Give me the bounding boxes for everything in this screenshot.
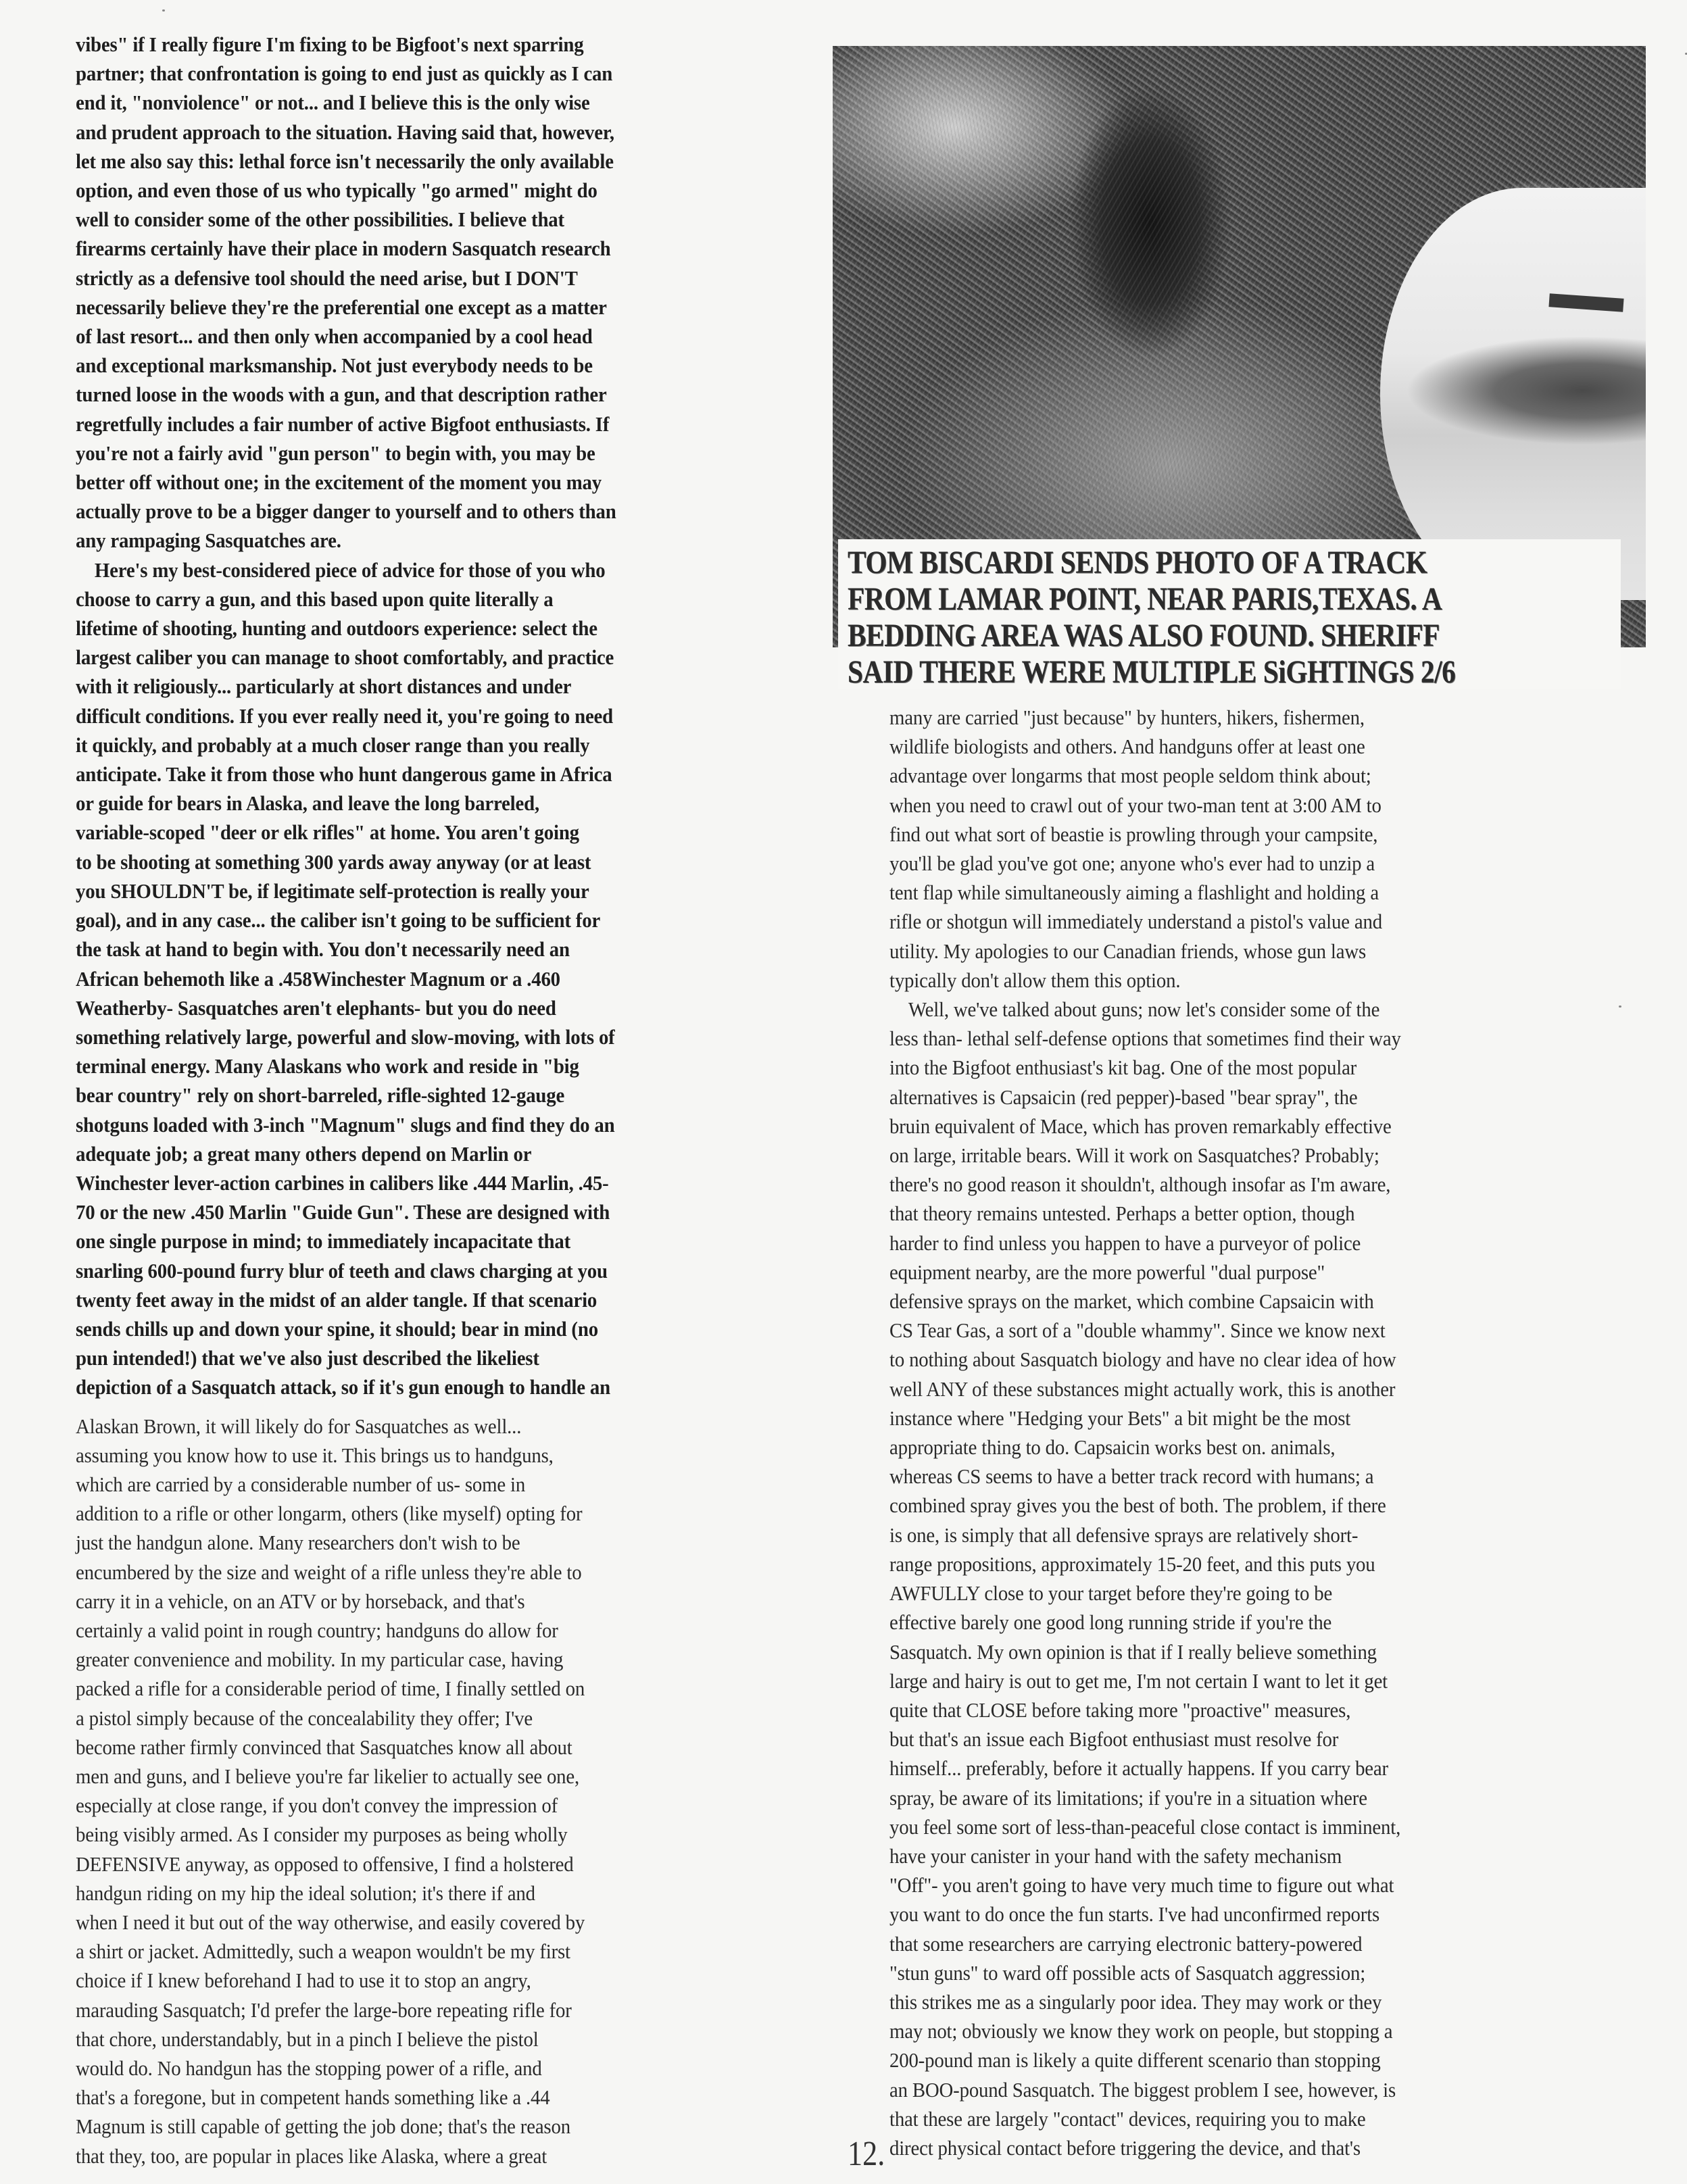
text-line: equipment nearby, are the more powerful … xyxy=(889,1258,1568,1287)
text-line: with it religiously... particularly at s… xyxy=(76,672,742,701)
text-line: packed a rifle for a considerable period… xyxy=(76,1674,742,1703)
text-line: "Off"- you aren't going to have very muc… xyxy=(889,1870,1568,1900)
text-line: that theory remains untested. Perhaps a … xyxy=(889,1199,1568,1228)
text-line: goal), and in any case... the caliber is… xyxy=(76,905,742,935)
text-line: range propositions, approximately 15-20 … xyxy=(889,1549,1568,1579)
text-line: 200-pound man is likely a quite differen… xyxy=(889,2045,1568,2075)
text-line: which are carried by a considerable numb… xyxy=(76,1470,742,1499)
text-line: well ANY of these substances might actua… xyxy=(889,1374,1568,1404)
caption-line: BEDDING AREA WAS ALSO FOUND. SHERIFF xyxy=(848,618,1507,654)
text-line: something relatively large, powerful and… xyxy=(76,1022,742,1051)
text-line: you feel some sort of less-than-peaceful… xyxy=(889,1812,1568,1841)
text-line: but that's an issue each Bigfoot enthusi… xyxy=(889,1724,1568,1754)
text-line: that's a foregone, but in competent hand… xyxy=(76,2083,742,2112)
scan-speck xyxy=(162,9,165,11)
text-line: a shirt or jacket. Admittedly, such a we… xyxy=(76,1937,742,1966)
text-line: to nothing about Sasquatch biology and h… xyxy=(889,1345,1568,1374)
caption-line: SAID THERE WERE MULTIPLE SiGHTINGS 2/6 xyxy=(848,654,1507,691)
text-line: necessarily believe they're the preferen… xyxy=(76,293,742,322)
text-line: regretfully includes a fair number of ac… xyxy=(76,409,742,439)
text-line: sends chills up and down your spine, it … xyxy=(76,1314,742,1343)
text-line: assuming you know how to use it. This br… xyxy=(76,1441,742,1470)
text-line: tent flap while simultaneously aiming a … xyxy=(889,878,1568,907)
left-article-column: vibes" if I really figure I'm fixing to … xyxy=(76,30,792,2170)
column-gap xyxy=(76,1402,792,1412)
text-line: of last resort... and then only when acc… xyxy=(76,322,742,351)
text-line: CS Tear Gas, a sort of a "double whammy"… xyxy=(889,1316,1568,1345)
text-line: instance where "Hedging your Bets" a bit… xyxy=(889,1404,1568,1433)
text-line: rifle or shotgun will immediately unders… xyxy=(889,907,1568,936)
text-line: may not; obviously we know they work on … xyxy=(889,2016,1568,2045)
text-line: actually prove to be a bigger danger to … xyxy=(76,497,742,526)
text-line: and prudent approach to the situation. H… xyxy=(76,118,742,147)
text-line: that they, too, are popular in places li… xyxy=(76,2141,742,2170)
magazine-page: vibes" if I really figure I'm fixing to … xyxy=(0,0,1687,2184)
text-line: an BOO-pound Sasquatch. The biggest prob… xyxy=(889,2075,1568,2104)
text-line: addition to a rifle or other longarm, ot… xyxy=(76,1499,742,1528)
text-line: you'll be glad you've got one; anyone wh… xyxy=(889,849,1568,878)
text-line: just the handgun alone. Many researchers… xyxy=(76,1528,742,1557)
text-line: one single purpose in mind; to immediate… xyxy=(76,1226,742,1256)
text-line: that chore, understandably, but in a pin… xyxy=(76,2025,742,2054)
text-line: lifetime of shooting, hunting and outdoo… xyxy=(76,614,742,643)
text-line: to be shooting at something 300 yards aw… xyxy=(76,847,742,876)
text-line: strictly as a defensive tool should the … xyxy=(76,264,742,293)
text-line: is one, is simply that all defensive spr… xyxy=(889,1520,1568,1549)
text-line: better off without one; in the excitemen… xyxy=(76,468,742,497)
text-line: the task at hand to begin with. You don'… xyxy=(76,935,742,964)
text-line: largest caliber you can manage to shoot … xyxy=(76,643,742,672)
page-number: 12. xyxy=(848,2134,885,2174)
text-line: "stun guns" to ward off possible acts of… xyxy=(889,1958,1568,1987)
text-line: anticipate. Take it from those who hunt … xyxy=(76,760,742,789)
text-line: wildlife biologists and others. And hand… xyxy=(889,732,1568,761)
text-line: Weatherby- Sasquatches aren't elephants-… xyxy=(76,993,742,1022)
text-line: end it, "nonviolence" or not... and I be… xyxy=(76,88,742,117)
text-line: men and guns, and I believe you're far l… xyxy=(76,1762,742,1791)
paragraph-start-line: Well, we've talked about guns; now let's… xyxy=(889,995,1568,1024)
text-line: certainly a valid point in rough country… xyxy=(76,1616,742,1645)
text-line: especially at close range, if you don't … xyxy=(76,1791,742,1820)
text-line: being visibly armed. As I consider my pu… xyxy=(76,1820,742,1849)
text-line: alternatives is Capsaicin (red pepper)-b… xyxy=(889,1083,1568,1112)
text-line: when you need to crawl out of your two-m… xyxy=(889,791,1568,820)
text-line: Alaskan Brown, it will likely do for Sas… xyxy=(76,1412,742,1441)
text-line: that these are largely "contact" devices… xyxy=(889,2104,1568,2133)
text-line: find out what sort of beastie is prowlin… xyxy=(889,820,1568,849)
text-line: turned loose in the woods with a gun, an… xyxy=(76,380,742,409)
text-line: become rather firmly convinced that Sasq… xyxy=(76,1733,742,1762)
text-line: AWFULLY close to your target before they… xyxy=(889,1579,1568,1608)
text-line: let me also say this: lethal force isn't… xyxy=(76,147,742,176)
text-line: when I need it but out of the way otherw… xyxy=(76,1908,742,1937)
text-line: defensive sprays on the market, which co… xyxy=(889,1287,1568,1316)
text-line: typically don't allow them this option. xyxy=(889,966,1568,995)
text-line: 70 or the new .450 Marlin "Guide Gun". T… xyxy=(76,1197,742,1226)
text-line: there's no good reason it shouldn't, alt… xyxy=(889,1170,1568,1199)
text-line: handgun riding on my hip the ideal solut… xyxy=(76,1879,742,1908)
text-line: that some researchers are carrying elect… xyxy=(889,1929,1568,1958)
text-line: bear country" rely on short-barreled, ri… xyxy=(76,1081,742,1110)
text-line: vibes" if I really figure I'm fixing to … xyxy=(76,30,742,59)
caption-line: TOM BISCARDI SENDS PHOTO OF A TRACK xyxy=(848,545,1507,581)
text-line: large and hairy is out to get me, I'm no… xyxy=(889,1666,1568,1695)
text-line: Magnum is still capable of getting the j… xyxy=(76,2112,742,2141)
text-line: and exceptional marksmanship. Not just e… xyxy=(76,351,742,380)
text-line: it quickly, and probably at a much close… xyxy=(76,730,742,760)
text-line: direct physical contact before triggerin… xyxy=(889,2133,1568,2162)
text-line: adequate job; a great many others depend… xyxy=(76,1139,742,1168)
text-line: carry it in a vehicle, on an ATV or by h… xyxy=(76,1587,742,1616)
text-line: pun intended!) that we've also just desc… xyxy=(76,1343,742,1372)
text-line: harder to find unless you happen to have… xyxy=(889,1228,1568,1258)
text-line: spray, be aware of its limitations; if y… xyxy=(889,1783,1568,1812)
text-line: well to consider some of the other possi… xyxy=(76,205,742,234)
caption-line: FROM LAMAR POINT, NEAR PARIS,TEXAS. A xyxy=(848,581,1507,618)
text-line: himself... preferably, before it actuall… xyxy=(889,1754,1568,1783)
scan-speck xyxy=(1619,1006,1621,1008)
text-line: a pistol simply because of the concealab… xyxy=(76,1704,742,1733)
text-line: less than- lethal self-defense options t… xyxy=(889,1024,1568,1053)
text-line: partner; that confrontation is going to … xyxy=(76,59,742,88)
text-line: appropriate thing to do. Capsaicin works… xyxy=(889,1433,1568,1462)
text-line: twenty feet away in the midst of an alde… xyxy=(76,1285,742,1314)
text-line: utility. My apologies to our Canadian fr… xyxy=(889,937,1568,966)
text-line: any rampaging Sasquatches are. xyxy=(76,526,742,555)
text-line: on large, irritable bears. Will it work … xyxy=(889,1141,1568,1170)
text-line: African behemoth like a .458Winchester M… xyxy=(76,964,742,993)
text-line: you're not a fairly avid "gun person" to… xyxy=(76,439,742,468)
text-line: marauding Sasquatch; I'd prefer the larg… xyxy=(76,1995,742,2025)
text-line: whereas CS seems to have a better track … xyxy=(889,1462,1568,1491)
text-line: this strikes me as a singularly poor ide… xyxy=(889,1987,1568,2016)
text-line: choice if I knew beforehand I had to use… xyxy=(76,1966,742,1995)
text-line: you SHOULDN'T be, if legitimate self-pro… xyxy=(76,876,742,905)
text-line: variable-scoped "deer or elk rifles" at … xyxy=(76,818,742,847)
text-line: depiction of a Sasquatch attack, so if i… xyxy=(76,1372,742,1401)
text-line: choose to carry a gun, and this based up… xyxy=(76,585,742,614)
text-line: Winchester lever-action carbines in cali… xyxy=(76,1168,742,1197)
text-line: you want to do once the fun starts. I've… xyxy=(889,1900,1568,1929)
text-line: option, and even those of us who typical… xyxy=(76,176,742,205)
text-line: effective barely one good long running s… xyxy=(889,1608,1568,1637)
text-line: combined spray gives you the best of bot… xyxy=(889,1491,1568,1520)
text-line: Sasquatch. My own opinion is that if I r… xyxy=(889,1637,1568,1666)
text-line: encumbered by the size and weight of a r… xyxy=(76,1558,742,1587)
text-line: advantage over longarms that most people… xyxy=(889,761,1568,790)
text-line: firearms certainly have their place in m… xyxy=(76,234,742,263)
photo-caption: TOM BISCARDI SENDS PHOTO OF A TRACK FROM… xyxy=(838,539,1621,689)
text-line: shotguns loaded with 3-inch "Magnum" slu… xyxy=(76,1110,742,1139)
text-line: have your canister in your hand with the… xyxy=(889,1841,1568,1870)
text-line: DEFENSIVE anyway, as opposed to offensiv… xyxy=(76,1850,742,1879)
text-line: snarling 600-pound furry blur of teeth a… xyxy=(76,1256,742,1285)
text-line: terminal energy. Many Alaskans who work … xyxy=(76,1051,742,1081)
text-line: greater convenience and mobility. In my … xyxy=(76,1645,742,1674)
right-article-column: many are carried "just because" by hunte… xyxy=(889,703,1619,2162)
text-line: would do. No handgun has the stopping po… xyxy=(76,2054,742,2083)
paragraph-start-line: Here's my best-considered piece of advic… xyxy=(76,555,742,585)
text-line: bruin equivalent of Mace, which has prov… xyxy=(889,1112,1568,1141)
text-line: difficult conditions. If you ever really… xyxy=(76,701,742,730)
text-line: into the Bigfoot enthusiast's kit bag. O… xyxy=(889,1053,1568,1082)
text-line: quite that CLOSE before taking more "pro… xyxy=(889,1695,1568,1724)
text-line: or guide for bears in Alaska, and leave … xyxy=(76,789,742,818)
text-line: many are carried "just because" by hunte… xyxy=(889,703,1568,732)
